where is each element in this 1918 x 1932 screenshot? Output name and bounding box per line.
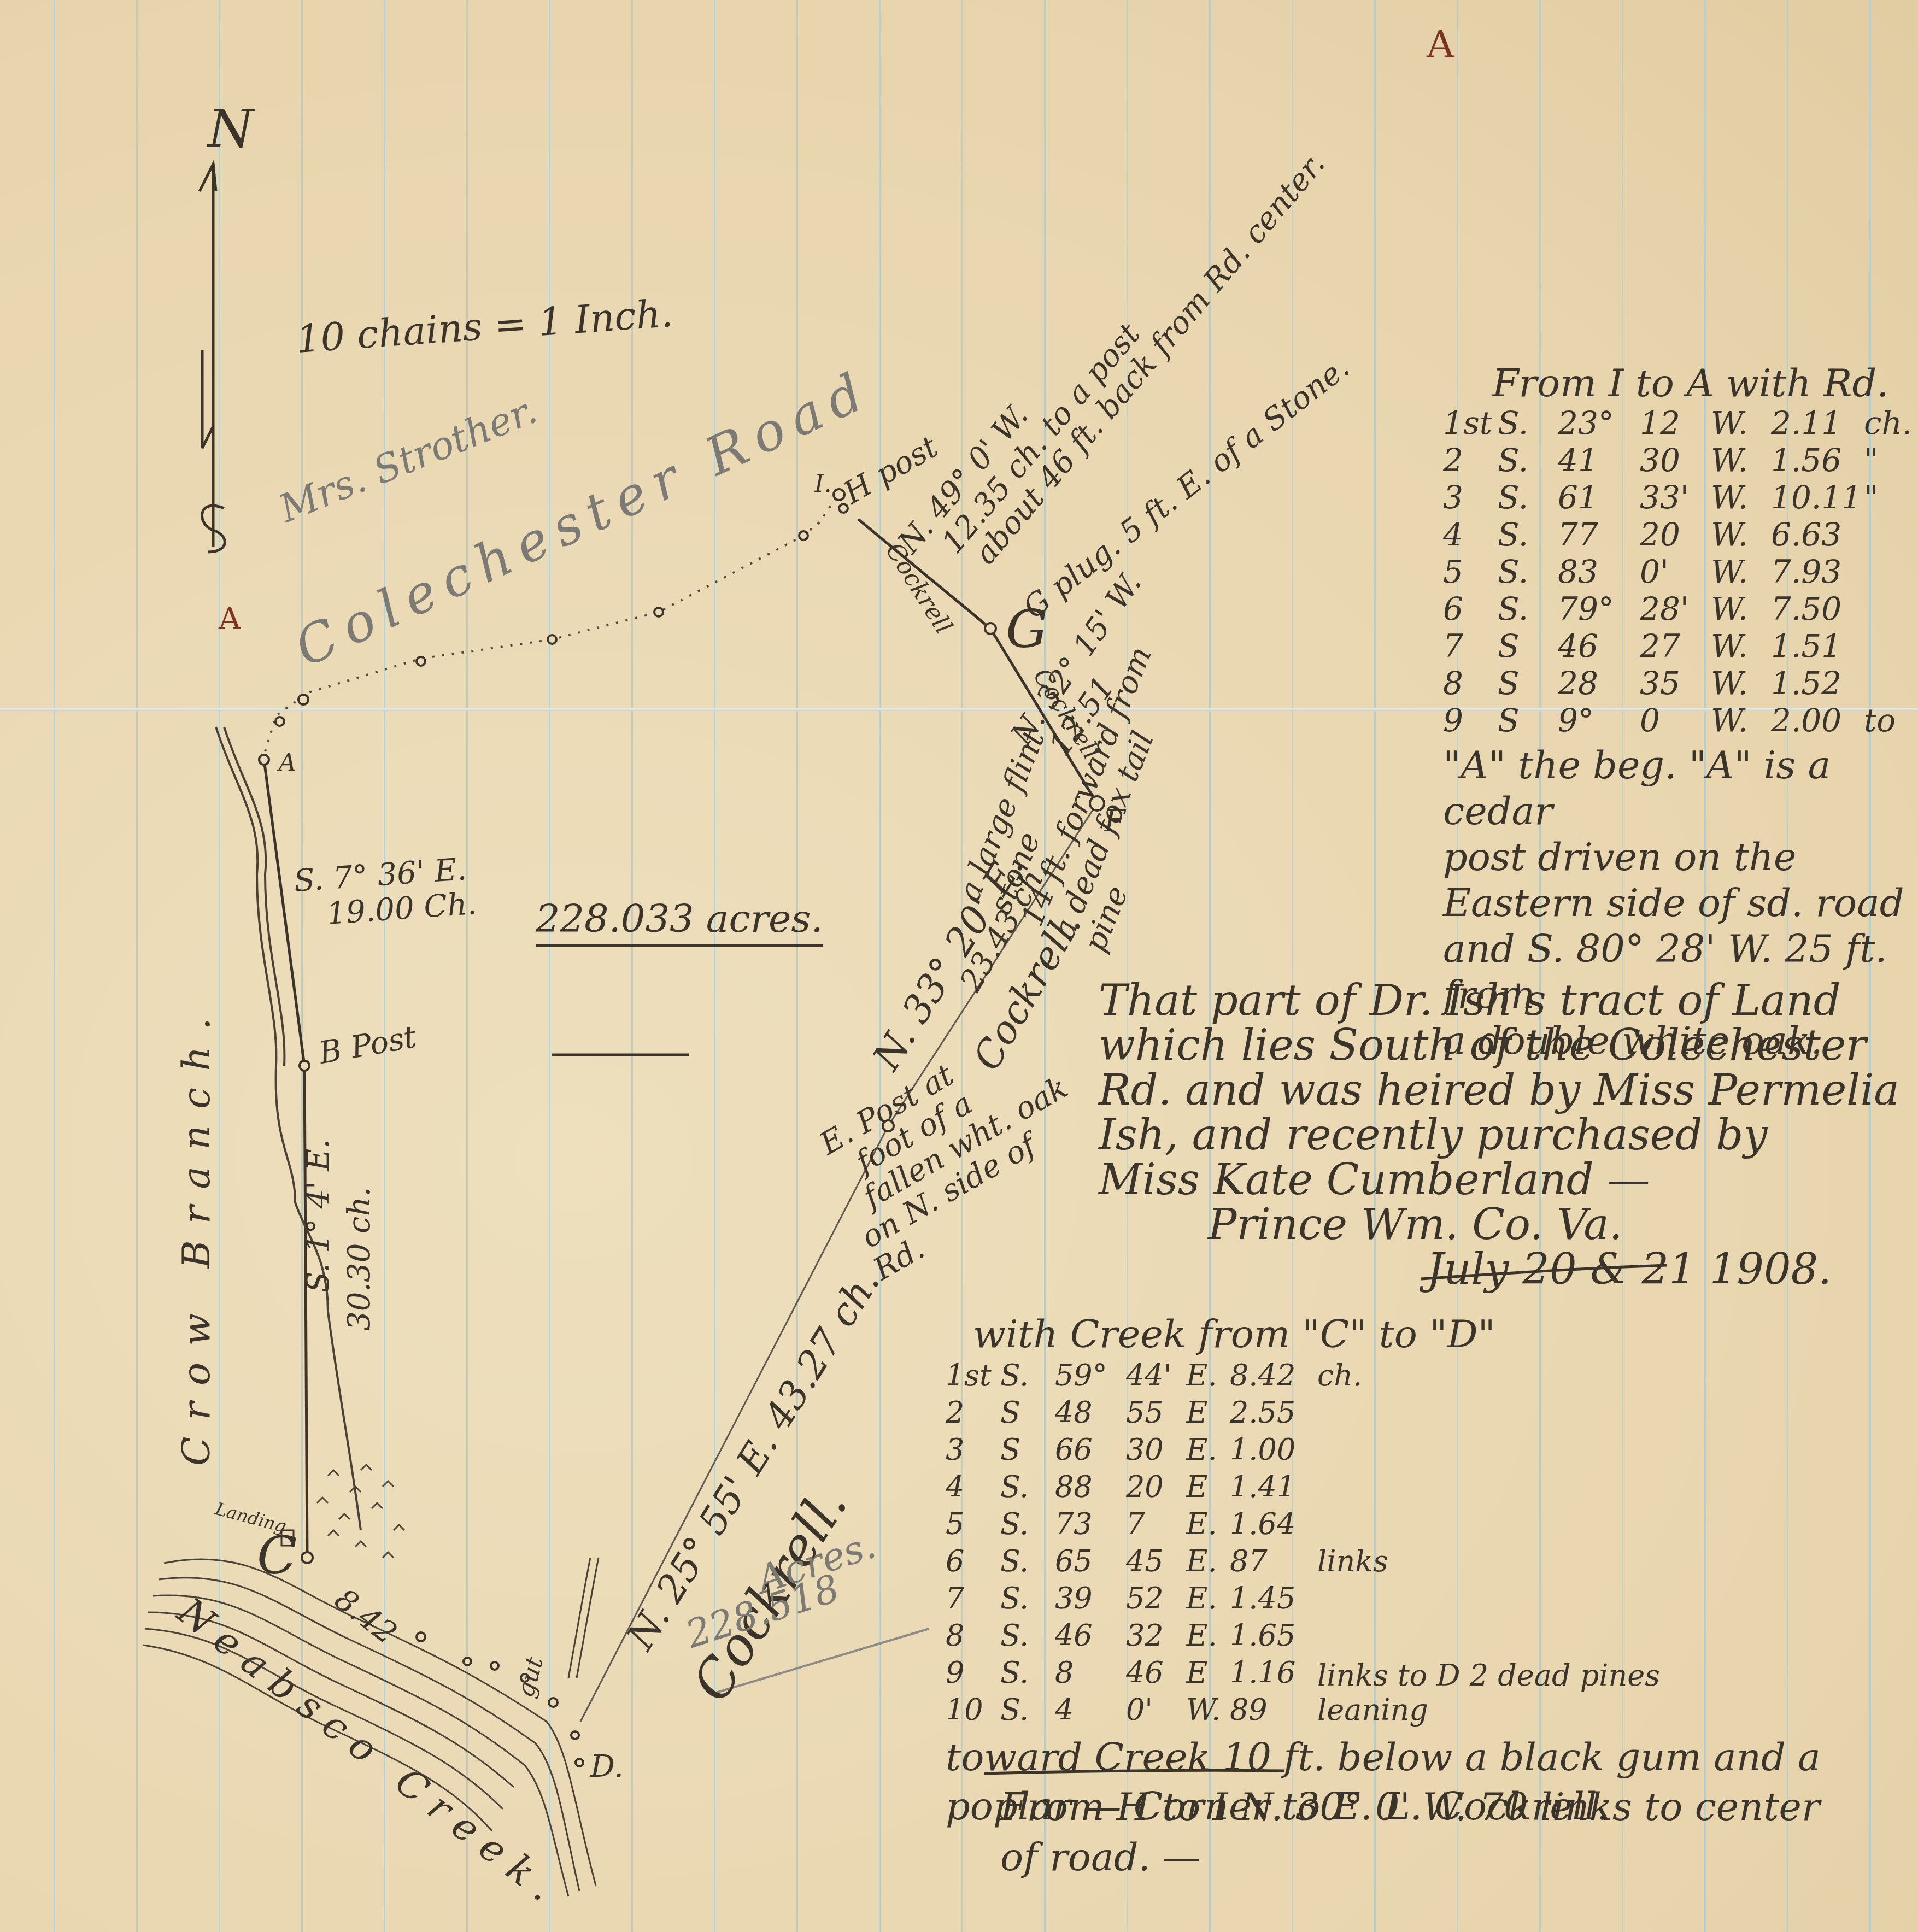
cell-n: 10: [946, 1693, 1000, 1727]
cell-deg: 77: [1558, 516, 1640, 553]
point-i-label: I.: [814, 470, 831, 498]
cell-dir: S.: [1000, 1581, 1055, 1616]
cell-dist: 1.51: [1771, 627, 1864, 665]
cell-dir: S.: [1498, 479, 1558, 516]
cell-n: 6: [1443, 590, 1498, 627]
cell-deg: 28: [1558, 665, 1640, 702]
cell-dir: S.: [1498, 553, 1558, 590]
cell-dir: S: [1498, 627, 1558, 665]
cell-dir: S: [1000, 1395, 1055, 1430]
cell-deg: 59°: [1055, 1358, 1126, 1393]
traverse-row: 4S.7720W.6.63: [1443, 516, 1918, 553]
cell-unit: ": [1864, 479, 1913, 516]
cell-unit: to: [1864, 702, 1913, 739]
cell-dist: 1.16: [1230, 1655, 1317, 1690]
cell-ew: E.: [1186, 1358, 1230, 1393]
cell-deg: 79°: [1558, 590, 1640, 627]
cell-ew: W.: [1186, 1693, 1230, 1727]
cell-n: 7: [946, 1581, 1000, 1616]
cell-min: 33': [1640, 479, 1711, 516]
cell-dir: S.: [1498, 516, 1558, 553]
cell-n: 3: [946, 1432, 1000, 1467]
cell-ew: W.: [1711, 516, 1771, 553]
cell-min: 44': [1126, 1358, 1186, 1393]
cell-n: 1st: [1443, 404, 1498, 442]
cell-min: 45: [1126, 1544, 1186, 1578]
road-table-rows: 1stS.23°12W.2.11ch.2S.4130W.1.56"3S.6133…: [1443, 404, 1918, 739]
cell-ew: W.: [1711, 553, 1771, 590]
cell-deg: 61: [1558, 479, 1640, 516]
cell-n: 4: [1443, 516, 1498, 553]
cell-ew: W.: [1711, 590, 1771, 627]
h-to-i-note: From H to I N. 30° 0' W. 70 links to cen…: [1000, 1782, 1820, 1882]
cell-ew: W.: [1711, 627, 1771, 665]
cell-dir: S.: [1000, 1507, 1055, 1541]
cell-dist: 7.50: [1771, 590, 1864, 627]
cell-n: 4: [946, 1470, 1000, 1504]
cell-ew: E.: [1186, 1618, 1230, 1653]
branch-label: Crow Branch.: [174, 1001, 219, 1466]
line-bc-bearing: S. 1° 4' E.: [301, 1139, 336, 1293]
road-traverse-table: From I to A with Rd. 1stS.23°12W.2.11ch.…: [1443, 361, 1918, 1064]
road-table-title: From I to A with Rd.: [1492, 361, 1918, 404]
traverse-row: 6S.6545E.87links: [946, 1541, 1821, 1578]
cell-min: 30: [1126, 1432, 1186, 1467]
cell-ew: W.: [1711, 479, 1771, 516]
acreage-total: 228.033 acres.: [536, 896, 823, 947]
cell-min: 35: [1640, 665, 1711, 702]
cell-n: 7: [1443, 627, 1498, 665]
cell-dist: 8.42: [1230, 1358, 1317, 1393]
margin-mark: A: [219, 601, 241, 637]
cell-dist: 87: [1230, 1544, 1317, 1578]
cell-dir: S.: [1000, 1618, 1055, 1653]
cell-n: 9: [1443, 702, 1498, 739]
cell-ew: W.: [1711, 442, 1771, 479]
cell-deg: 48: [1055, 1395, 1126, 1430]
cell-deg: 73: [1055, 1507, 1126, 1541]
cell-deg: 4: [1055, 1693, 1126, 1727]
cell-deg: 66: [1055, 1432, 1126, 1467]
traverse-row: 2S.4130W.1.56": [1443, 442, 1918, 479]
cell-min: 32: [1126, 1618, 1186, 1653]
cell-dist: 2.00: [1771, 702, 1864, 739]
cell-deg: 46: [1055, 1618, 1126, 1653]
cell-dist: 1.65: [1230, 1618, 1317, 1653]
traverse-row: 1stS.23°12W.2.11ch.: [1443, 404, 1918, 442]
cell-min: 0': [1126, 1693, 1186, 1727]
county-label: Prince Wm. Co. Va.: [1208, 1202, 1899, 1247]
cell-n: 3: [1443, 479, 1498, 516]
cell-deg: 23°: [1558, 404, 1640, 442]
traverse-row: 1stS.59°44'E.8.42ch.: [946, 1355, 1821, 1393]
crow-branch-stream: [216, 727, 361, 1530]
cell-ew: E.: [1186, 1507, 1230, 1541]
cell-deg: 83: [1558, 553, 1640, 590]
cell-n: 5: [946, 1507, 1000, 1541]
tract-description: That part of Dr. Ish's tract of Land whi…: [1099, 978, 1899, 1292]
traverse-row: 9S9°0W.2.00to: [1443, 702, 1918, 739]
traverse-row: 7S4627W.1.51: [1443, 627, 1918, 665]
traverse-row: 7S.3952E.1.45: [946, 1578, 1821, 1616]
cell-n: 2: [1443, 442, 1498, 479]
cell-unit: ch.: [1864, 404, 1913, 442]
cell-dir: S.: [1000, 1655, 1055, 1690]
cell-dist: 7.93: [1771, 553, 1864, 590]
cell-min: 0': [1640, 553, 1711, 590]
traverse-row: 3S.6133'W.10.11": [1443, 479, 1918, 516]
cell-ew: W.: [1711, 404, 1771, 442]
cell-ew: W.: [1711, 702, 1771, 739]
cell-dir: S.: [1000, 1358, 1055, 1393]
cell-ew: E: [1186, 1655, 1230, 1690]
traverse-row: 10S.40'W.89links to D 2 dead pines leani…: [946, 1690, 1821, 1727]
cell-n: 6: [946, 1544, 1000, 1578]
point-a-label: A: [279, 749, 296, 777]
cell-n: 8: [1443, 665, 1498, 702]
cell-unit: links: [1317, 1544, 1700, 1578]
cell-dir: S: [1498, 702, 1558, 739]
cell-deg: 39: [1055, 1581, 1126, 1616]
cell-dist: 1.56: [1771, 442, 1864, 479]
cell-dir: S.: [1000, 1544, 1055, 1578]
north-label: N: [208, 98, 254, 160]
cell-ew: E: [1186, 1395, 1230, 1430]
line-bc-distance: 30.30 ch.: [342, 1187, 377, 1331]
cell-deg: 8: [1055, 1655, 1126, 1690]
survey-date: July 20 & 21 1908.: [1427, 1247, 1899, 1292]
cell-n: 5: [1443, 553, 1498, 590]
cell-n: 9: [946, 1655, 1000, 1690]
cell-n: 2: [946, 1395, 1000, 1430]
cell-dir: S.: [1498, 404, 1558, 442]
cell-deg: 41: [1558, 442, 1640, 479]
cell-ew: W.: [1711, 665, 1771, 702]
cell-ew: E.: [1186, 1581, 1230, 1616]
cell-ew: E.: [1186, 1432, 1230, 1467]
cell-dir: S: [1498, 665, 1558, 702]
cell-dir: S.: [1498, 590, 1558, 627]
traverse-row: 4S.8820E1.41: [946, 1467, 1821, 1504]
cell-dist: 1.64: [1230, 1507, 1317, 1541]
traverse-row: 5S.830'W.7.93: [1443, 553, 1918, 590]
cell-deg: 9°: [1558, 702, 1640, 739]
cell-min: 7: [1126, 1507, 1186, 1541]
point-d-label: D.: [590, 1749, 624, 1784]
creek-traverse-table: with Creek from "C" to "D" 1stS.59°44'E.…: [946, 1312, 1821, 1831]
cell-dist: 89: [1230, 1693, 1317, 1727]
traverse-row: 6S.79°28'W.7.50: [1443, 590, 1918, 627]
cell-min: 28': [1640, 590, 1711, 627]
cell-dir: S: [1000, 1432, 1055, 1467]
cell-min: 27: [1640, 627, 1711, 665]
cell-dir: S.: [1498, 442, 1558, 479]
cell-min: 12: [1640, 404, 1711, 442]
creek-table-title: with Creek from "C" to "D": [973, 1312, 1821, 1355]
traverse-row: 8S2835W.1.52: [1443, 665, 1918, 702]
cell-unit: links to D 2 dead pines leaning: [1317, 1658, 1700, 1727]
cell-min: 52: [1126, 1581, 1186, 1616]
cell-dist: 2.11: [1771, 404, 1864, 442]
cell-dist: 1.45: [1230, 1581, 1317, 1616]
cell-unit: ": [1864, 442, 1913, 479]
cell-dist: 6.63: [1771, 516, 1864, 553]
cell-deg: 65: [1055, 1544, 1126, 1578]
cell-deg: 46: [1558, 627, 1640, 665]
traverse-row: 3S6630E.1.00: [946, 1430, 1821, 1467]
cell-min: 55: [1126, 1395, 1186, 1430]
traverse-row: 2S4855E2.55: [946, 1393, 1821, 1430]
cell-dir: S.: [1000, 1470, 1055, 1504]
cell-dir: S.: [1000, 1693, 1055, 1727]
traverse-row: 8S.4632E.1.65: [946, 1616, 1821, 1653]
sheet-mark: A: [1427, 22, 1454, 67]
cell-n: 8: [946, 1618, 1000, 1653]
marsh-symbols: [317, 1465, 404, 1558]
cell-min: 30: [1640, 442, 1711, 479]
north-arrow-icon: [200, 164, 225, 552]
creek-table-rows: 1stS.59°44'E.8.42ch.2S4855E2.553S6630E.1…: [946, 1355, 1821, 1727]
cell-min: 0: [1640, 702, 1711, 739]
cell-deg: 88: [1055, 1470, 1126, 1504]
cell-n: 1st: [946, 1358, 1000, 1393]
cell-ew: E.: [1186, 1544, 1230, 1578]
traverse-row: 5S.737E.1.64: [946, 1504, 1821, 1541]
cell-dist: 1.00: [1230, 1432, 1317, 1467]
cell-dist: 10.11: [1771, 479, 1864, 516]
cell-dist: 1.52: [1771, 665, 1864, 702]
cell-dist: 1.41: [1230, 1470, 1317, 1504]
cell-ew: E: [1186, 1470, 1230, 1504]
cell-unit: ch.: [1317, 1358, 1700, 1393]
cell-min: 20: [1126, 1470, 1186, 1504]
cell-dist: 2.55: [1230, 1395, 1317, 1430]
cell-min: 20: [1640, 516, 1711, 553]
cell-min: 46: [1126, 1655, 1186, 1690]
